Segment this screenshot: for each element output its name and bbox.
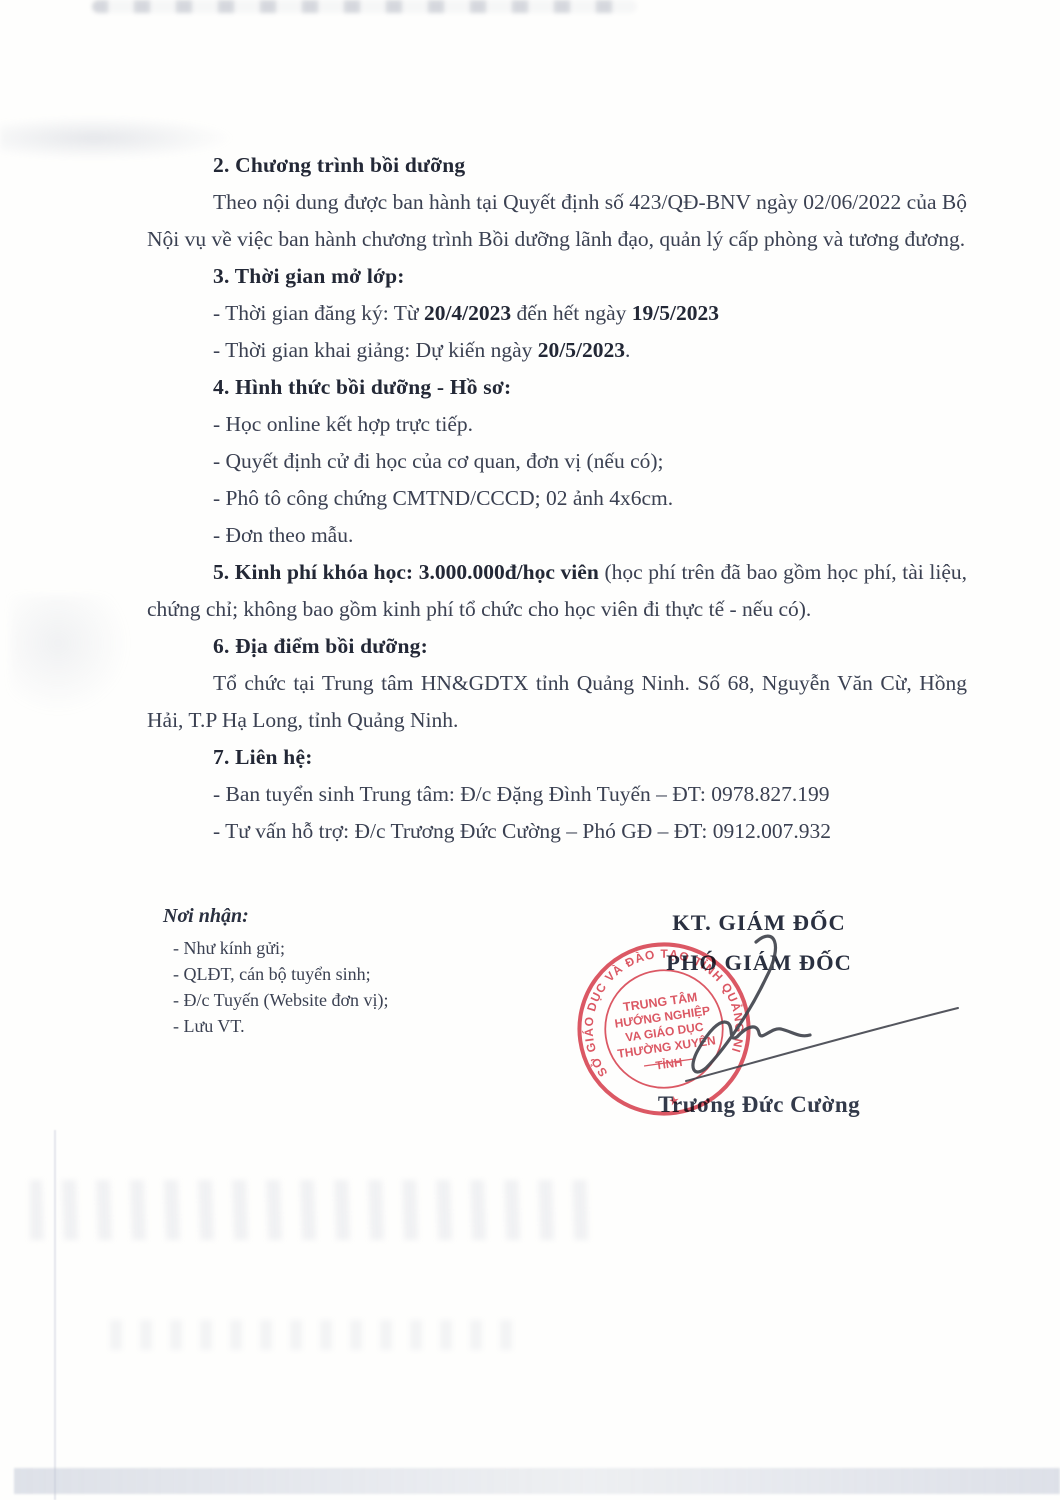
- section-2-paragraph: Theo nội dung được ban hành tại Quyết đị…: [147, 184, 967, 258]
- recipient-item: - Đ/c Tuyến (Website đơn vị);: [163, 987, 389, 1013]
- section-2-heading: 2. Chương trình bồi dưỡng: [147, 147, 967, 184]
- handwritten-signature: [560, 920, 980, 1120]
- registration-period-line: - Thời gian đăng ký: Từ 20/4/2023 đến hế…: [147, 295, 967, 332]
- section-3-heading: 3. Thời gian mở lớp:: [147, 258, 967, 295]
- registration-period-text: đến hết ngày: [511, 301, 632, 325]
- opening-date-text: - Thời gian khai giảng: Dự kiến ngày: [213, 338, 538, 362]
- scan-artifact-band: [14, 1468, 1060, 1494]
- registration-start-date: 20/4/2023: [424, 301, 511, 325]
- scan-artifact-smudge: [10, 595, 130, 715]
- scan-artifact-ghost-text: [110, 1320, 530, 1350]
- registration-end-date: 19/5/2023: [632, 301, 719, 325]
- section-4-heading: 4. Hình thức bồi dưỡng - Hồ sơ:: [147, 369, 967, 406]
- list-item: - Quyết định cử đi học của cơ quan, đơn …: [147, 443, 967, 480]
- recipient-item: - Lưu VT.: [163, 1013, 389, 1039]
- section-5-paragraph: 5. Kinh phí khóa học: 3.000.000đ/học viê…: [147, 554, 967, 628]
- registration-period-text: - Thời gian đăng ký: Từ: [213, 301, 424, 325]
- tuition-fee-lead: 5. Kinh phí khóa học: 3.000.000đ/học viê…: [213, 560, 599, 584]
- recipients-title: Nơi nhận:: [163, 903, 389, 929]
- list-item: - Đơn theo mẫu.: [147, 517, 967, 554]
- recipients-block: Nơi nhận: - Như kính gửi; - QLĐT, cán bộ…: [163, 903, 389, 1039]
- opening-date-period: .: [625, 338, 630, 362]
- section-6-heading: 6. Địa điểm bồi dưỡng:: [147, 628, 967, 665]
- list-item: - Phô tô công chứng CMTND/CCCD; 02 ảnh 4…: [147, 480, 967, 517]
- recipient-item: - QLĐT, cán bộ tuyển sinh;: [163, 961, 389, 987]
- scan-artifact-line: [54, 1130, 56, 1500]
- scan-artifact-top: [92, 0, 637, 13]
- section-7-heading: 7. Liên hệ:: [147, 739, 967, 776]
- opening-date: 20/5/2023: [538, 338, 625, 362]
- contact-line: - Tư vấn hỗ trợ: Đ/c Trương Đức Cường – …: [147, 813, 967, 850]
- scan-artifact-ghost-text: [30, 1180, 590, 1240]
- section-6-paragraph: Tổ chức tại Trung tâm HN&GDTX tỉnh Quảng…: [147, 665, 967, 739]
- contact-line: - Ban tuyển sinh Trung tâm: Đ/c Đặng Đìn…: [147, 776, 967, 813]
- opening-date-line: - Thời gian khai giảng: Dự kiến ngày 20/…: [147, 332, 967, 369]
- recipient-item: - Như kính gửi;: [163, 935, 389, 961]
- document-body: 2. Chương trình bồi dưỡng Theo nội dung …: [147, 147, 967, 850]
- list-item: - Học online kết hợp trực tiếp.: [147, 406, 967, 443]
